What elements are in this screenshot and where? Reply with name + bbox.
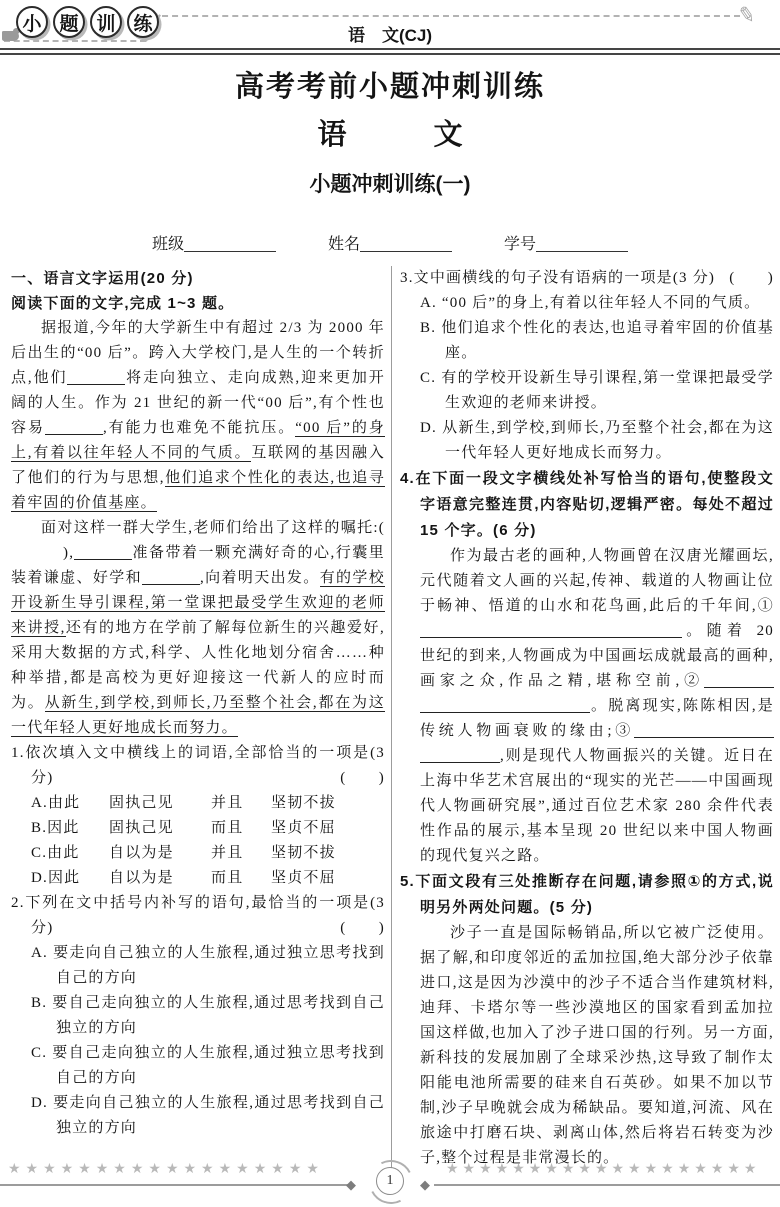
option-item: A. 要走向自己独立的人生旅程,通过独立思考找到自己的方向 [31,941,385,991]
footer-line-right [434,1184,780,1186]
section-heading: 一、语言文字运用(20 分) [11,266,385,291]
question-3: 3.文中画横线的句子没有语病的一项是(3 分) ( ) A. “00 后”的身上… [400,266,774,466]
question-head: 2.下列在文中括号内补写的语句,最恰当的一项是(3 分) ( ) [11,891,385,941]
option-cell: 坚韧不拔 [271,841,385,866]
star-row-left: ★★★★★★★★★★★★★★★★★★ [8,1161,324,1177]
fill-blank [480,748,500,763]
option-item: D. 从新生,到学校,到师长,乃至整个社会,都在为这一代年轻人更好地成长而努力。 [420,416,774,466]
q3-options: A. “00 后”的身上,有着以往年轻人不同的气质。 B. 他们追求个性化的表达… [400,291,774,466]
option-cell: C.由此 [31,841,109,866]
option-cell: 坚贞不屈 [271,866,385,891]
passage-paragraph: 沙子一直是国际畅销品,所以它被广泛使用。据了解,和印度邻近的孟加拉国,绝大部分沙… [420,921,774,1168]
passage-paragraph: 面对这样一群大学生,老师们给出了这样的嘱托:(),准备带着一颗充满好奇的心,行囊… [11,516,385,741]
logo: 小 题 训 练 [16,6,159,38]
question-head: 3.文中画横线的句子没有语病的一项是(3 分) ( ) [400,266,774,291]
question-number: 4. [400,470,415,487]
reading-instruction: 阅读下面的文字,完成 1~3 题。 [11,291,385,316]
q2-options: A. 要走向自己独立的人生旅程,通过独立思考找到自己的方向 B. 要自己走向独立… [11,941,385,1141]
field-label: 班级 [152,236,184,253]
text-segment: ,有能力也难免不能抗压。 [103,420,295,436]
class-field: 班级 [152,231,276,254]
option-cell: A.由此 [31,791,109,816]
subject-title: 语 文 [0,112,780,153]
question-head: 1.依次填入文中横线上的词语,全部恰当的一项是(3 分) ( ) [11,741,385,791]
option-cell: 而且 [211,816,271,841]
option-cell: B.因此 [31,816,109,841]
text-segment: 沙子一直是国际畅销品,所以它被广泛使用。据了解,和印度邻近的孟加拉国,绝大部分沙… [420,925,774,1166]
fill-blank [560,698,590,713]
question-number: 5. [400,873,415,890]
field-blank [536,235,628,252]
question-1: 1.依次填入文中横线上的词语,全部恰当的一项是(3 分) ( ) A.由此固执己… [11,741,385,891]
field-label: 学号 [504,236,536,253]
option-cell: 自以为是 [109,866,211,891]
main-title: 高考考前小题冲刺训练 [0,64,780,105]
question-2: 2.下列在文中括号内补写的语句,最恰当的一项是(3 分) ( ) A. 要走向自… [11,891,385,1141]
option-cell: 并且 [211,791,271,816]
fill-blank [472,623,542,638]
option-cell: 固执己见 [109,791,211,816]
text-segment: 作为最古老的画种,人物画曾在汉唐光耀画坛,元代随着文人画的兴起,传神、载道的人物… [420,548,774,614]
text-segment: ), [63,545,74,561]
question-5: 5.下面文段有三处推断存在问题,请参照①的方式,说明另外两处问题。(5 分) 沙… [400,869,774,1168]
question-head: 4.在下面一段文字横线处补写恰当的语句,使整段文字语意完整连贯,内容贴切,逻辑严… [400,466,774,544]
fill-blank [420,748,480,763]
option-item: A. “00 后”的身上,有着以往年轻人不同的气质。 [420,291,774,316]
page-number: 1 [387,1173,394,1189]
fill-blank [490,698,560,713]
fill-blank [420,698,490,713]
logo-circle-char: 练 [127,6,159,38]
star-row-right: ★★★★★★★★★★★★★★★★★★★ [446,1161,760,1177]
field-blank [360,235,452,252]
question-stem: 下面文段有三处推断存在问题,请参照①的方式,说明另外两处问题。(5 分) [415,873,774,916]
question-number: 3. [400,270,414,286]
student-info-row: 班级 姓名 学号 [0,231,780,254]
question-4: 4.在下面一段文字横线处补写恰当的语句,使整段文字语意完整连贯,内容贴切,逻辑严… [400,466,774,869]
exam-page: 小 题 训 练 语 文(CJ) ✎ 高考考前小题冲刺训练 语 文 小题冲刺训练(… [0,0,780,1207]
answer-bracket: ( ) [340,916,385,941]
text-segment: ,向着明天出发。 [200,570,320,586]
question-number: 1. [11,745,25,761]
option-cell: 坚贞不屈 [271,816,385,841]
option-cell: D.因此 [31,866,109,891]
right-column: 3.文中画横线的句子没有语病的一项是(3 分) ( ) A. “00 后”的身上… [400,266,774,1168]
header-divider [0,48,780,55]
fill-blank [704,723,774,738]
fill-blank [542,623,612,638]
logo-circle-char: 小 [16,6,48,38]
underlined-text: 从新生,到学校,到师长,乃至整个社会,都在为这一代年轻人更好地成长而努力。 [11,695,385,737]
option-cell: 而且 [211,866,271,891]
fill-blank [704,673,774,688]
text-segment: 面对这样一群大学生,老师们给出了这样的嘱托:( [41,520,385,536]
passage-paragraph: 作为最古老的画种,人物画曾在汉唐光耀画坛,元代随着文人画的兴起,传神、载道的人物… [420,544,774,869]
option-item: D. 要走向自己独立的人生旅程,通过思考找到自己独立的方向 [31,1091,385,1141]
logo-circle-char: 题 [53,6,85,38]
option-cell: 坚韧不拔 [271,791,385,816]
q1-option-grid: A.由此固执己见并且坚韧不拔B.因此固执己见而且坚贞不屈C.由此自以为是并且坚韧… [31,791,385,891]
footer-line-left [0,1184,348,1186]
diamond-icon: ◆ [346,1178,356,1193]
answer-bracket: ( ) [340,766,385,791]
fill-blank [67,370,125,385]
column-divider [391,266,392,1168]
fill-blank [74,545,132,560]
option-item: C. 有的学校开设新生导引课程,第一堂课把最受学生欢迎的老师来讲授。 [420,366,774,416]
student-id-field: 学号 [504,231,628,254]
text-segment: ,则是现代人物画振兴的关键。近日在上海中华艺术宫展出的“现实的光芒——中国画现代… [420,748,774,864]
option-cell: 自以为是 [109,841,211,866]
option-item: B. 他们追求个性化的表达,也追寻着牢固的价值基座。 [420,316,774,366]
diamond-icon: ◆ [420,1178,430,1193]
question-stem: 依次填入文中横线上的词语,全部恰当的一项是(3 分) [25,745,385,786]
passage-paragraph: 据报道,今年的大学新生中有超过 2/3 为 2000 年后出生的“00 后”。跨… [11,316,385,516]
page-number-circle: 1 [376,1167,404,1195]
fill-blank [142,570,200,585]
question-stem: 在下面一段文字横线处补写恰当的语句,使整段文字语意完整连贯,内容贴切,逻辑严密。… [415,470,774,539]
question-head: 5.下面文段有三处推断存在问题,请参照①的方式,说明另外两处问题。(5 分) [400,869,774,921]
field-blank [184,235,276,252]
option-cell: 并且 [211,841,271,866]
header-dashed-line [152,15,740,17]
field-label: 姓名 [328,236,360,253]
fill-blank [634,723,704,738]
question-number: 2. [11,895,25,911]
fill-blank [420,623,472,638]
option-cell: 固执己见 [109,816,211,841]
left-column: 一、语言文字运用(20 分) 阅读下面的文字,完成 1~3 题。 据报道,今年的… [11,266,385,1168]
section-title: 小题冲刺训练(一) [0,168,780,198]
option-item: C. 要自己走向独立的人生旅程,通过独立思考找到自己的方向 [31,1041,385,1091]
question-stem: 文中画横线的句子没有语病的一项是(3 分) [414,270,715,286]
option-item: B. 要自己走向独立的人生旅程,通过思考找到自己独立的方向 [31,991,385,1041]
fill-blank [612,623,682,638]
answer-bracket: ( ) [729,266,774,291]
logo-circle-char: 训 [90,6,122,38]
question-stem: 下列在文中括号内补写的语句,最恰当的一项是(3 分) [25,895,385,936]
name-field: 姓名 [328,231,452,254]
fill-blank [45,420,103,435]
